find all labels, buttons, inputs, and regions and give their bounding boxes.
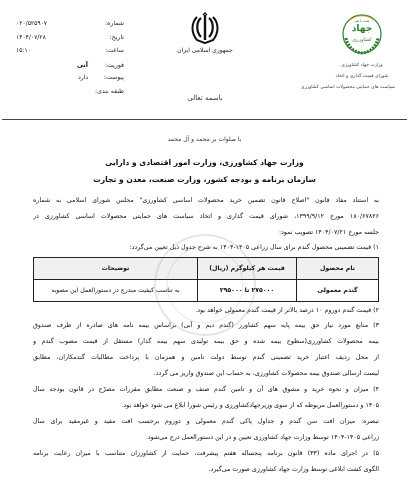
item-5-line: الگوی کشت ابلاغی توسط وزارت جهاد کشاورزی… [33, 462, 379, 478]
item-2: ۲) قیمت گندم دوروم ۱۰ درصد بالاتر از قیم… [33, 303, 379, 319]
intro-line: جلسه مورخ ۱۴۰۴/۰۷/۲۱ تصویب نمود: [33, 225, 379, 241]
meta-time-value: ۱۵:۱۰ [14, 47, 88, 54]
ministry-logo: همه با هم جهاد کشاورزی وزارت جهاد کشاورز… [329, 12, 395, 93]
iran-emblem: جمهوری اسلامی ایران [172, 12, 238, 54]
recipients: وزارت جهاد کشاورزی، وزارت امور اقتصادی و… [0, 154, 409, 188]
emblem-caption: جمهوری اسلامی ایران [172, 47, 238, 54]
item-5-line: ۵) در اجرای ماده (۳۳) قانون برنامه پنجسا… [33, 446, 379, 462]
logo-top-text: همه با هم [340, 19, 384, 23]
logo-main-text: جهاد [340, 24, 384, 34]
header-product-name: نام محصول [297, 258, 379, 280]
item-4-line: ۴) میزان و نحوه خرید و مشوق های آن و تام… [33, 382, 379, 398]
meta-time: ساعت: ۱۵:۱۰ [14, 47, 124, 61]
meta-date-label: تاریخ: [88, 34, 124, 41]
salutation: با صلوات بر محمد و آل محمد [0, 136, 409, 143]
item-5: ۵) در اجرای ماده (۳۳) قانون برنامه پنجسا… [33, 446, 379, 478]
recipient-line: سازمان برنامه و بودجه کشور، وزارت صنعت، … [0, 171, 409, 188]
cell-price: ۲۷۵۰۰۰ تا ۲۹۵۰۰۰ [198, 280, 297, 302]
recipient-line: وزارت جهاد کشاورزی، وزارت امور اقتصادی و… [0, 154, 409, 171]
header-price: قیمت هر کیلوگرم (ریال) [198, 258, 297, 280]
item-3-line: لیست ارسالی صندوق بیمه محصولات کشاورزی، … [33, 366, 379, 382]
letter-meta: شماره: ۰۲۰/۵۲۵۹۰۷ تاریخ: ۱۴۰۴/۰۷/۲۸ ساعت… [14, 20, 124, 101]
cell-product-name: گندم معمولی [297, 280, 379, 302]
table-header-row: نام محصول قیمت هر کیلوگرم (ریال) توضیحات [34, 258, 379, 280]
intro-paragraph: به استناد مفاد قانون "اصلاح قانون تضمین … [33, 193, 379, 241]
note-line: تبصره: میزان افت سن گندم و جداول پاکی گن… [33, 414, 379, 430]
intro-line: ۱۸۰/۶۷۸۲۶ مورخ ۱۳۹۹/۹/۱۲، شورای قیمت گذا… [33, 209, 379, 225]
price-table: نام محصول قیمت هر کیلوگرم (ریال) توضیحات… [33, 257, 379, 302]
iran-emblem-icon [190, 12, 220, 46]
meta-classification: طبقه بندی: [14, 88, 124, 102]
item-2-line: ۲) قیمت گندم دوروم ۱۰ درصد بالاتر از قیم… [33, 303, 379, 319]
table-row: گندم معمولی ۲۷۵۰۰۰ تا ۲۹۵۰۰۰ به تناسب کی… [34, 280, 379, 302]
meta-attachment-label: پیوست: [88, 74, 124, 81]
item-4: ۴) میزان و نحوه خرید و مشوق های آن و تام… [33, 382, 379, 414]
meta-number-value: ۰۲۰/۵۲۵۹۰۷ [14, 20, 88, 27]
intro-line: به استناد مفاد قانون "اصلاح قانون تضمین … [33, 193, 379, 209]
meta-attachment: پیوست: دارد [14, 74, 124, 88]
meta-urgency-label: فوریت: [88, 62, 124, 69]
bismillah: باسمه تعالی [182, 94, 228, 102]
meta-date: تاریخ: ۱۴۰۴/۰۷/۲۸ [14, 34, 124, 48]
item-3-line: ۳) منابع مورد نیاز حق بیمه پایه سهم کشاو… [33, 318, 379, 334]
meta-number: شماره: ۰۲۰/۵۲۵۹۰۷ [14, 20, 124, 34]
item-3-line: بیمه محصولات کشاورزی(سطوح بیمه شده و حق … [33, 334, 379, 350]
meta-date-value: ۱۴۰۴/۰۷/۲۸ [14, 34, 88, 41]
item-3-line: از محل ردیف اعتبار خرید تضمینی گندم توسط… [33, 350, 379, 366]
header-divider [2, 119, 407, 120]
meta-attachment-value: دارد [14, 74, 88, 81]
ministry-department-lines: وزارت جهاد کشاورزی شورای قیمت گذاری و ات… [329, 60, 395, 93]
cell-notes: به تناسب کیفیت مندرج در دستورالعمل این م… [34, 280, 198, 302]
ministry-line: وزارت جهاد کشاورزی [329, 60, 395, 71]
meta-time-label: ساعت: [88, 47, 124, 54]
letter-page: شماره: ۰۲۰/۵۲۵۹۰۷ تاریخ: ۱۴۰۴/۰۷/۲۸ ساعت… [0, 0, 409, 480]
item-1: ۱) قیمت تضمینی محصول گندم برای سال زراعی… [33, 240, 379, 256]
council-line: شورای قیمت گذاری و اتخاذ [329, 71, 395, 82]
jihad-logo-icon: همه با هم جهاد کشاورزی [340, 12, 384, 56]
item-3: ۳) منابع مورد نیاز حق بیمه پایه سهم کشاو… [33, 318, 379, 382]
item-4-line: ۱۴۰۵ و دستورالعمل مربوطه که از سوی وزیرج… [33, 398, 379, 414]
meta-urgency-value: آنی [14, 61, 88, 69]
meta-urgency: فوریت: آنی [14, 61, 124, 75]
meta-classification-label: طبقه بندی: [88, 88, 124, 95]
header-notes: توضیحات [34, 258, 198, 280]
meta-number-label: شماره: [88, 20, 124, 27]
logo-sub-text: کشاورزی [340, 37, 384, 43]
policy-line: سیاست های حمایتی محصولات اساسی کشاورزی [329, 82, 395, 93]
note: تبصره: میزان افت سن گندم و جداول پاکی گن… [33, 414, 379, 446]
item-1-text: ۱) قیمت تضمینی محصول گندم برای سال زراعی… [33, 240, 379, 256]
note-line: زراعی ۱۴۰۵-۱۴۰۴ توسط وزارت جهاد کشاورزی … [33, 430, 379, 446]
